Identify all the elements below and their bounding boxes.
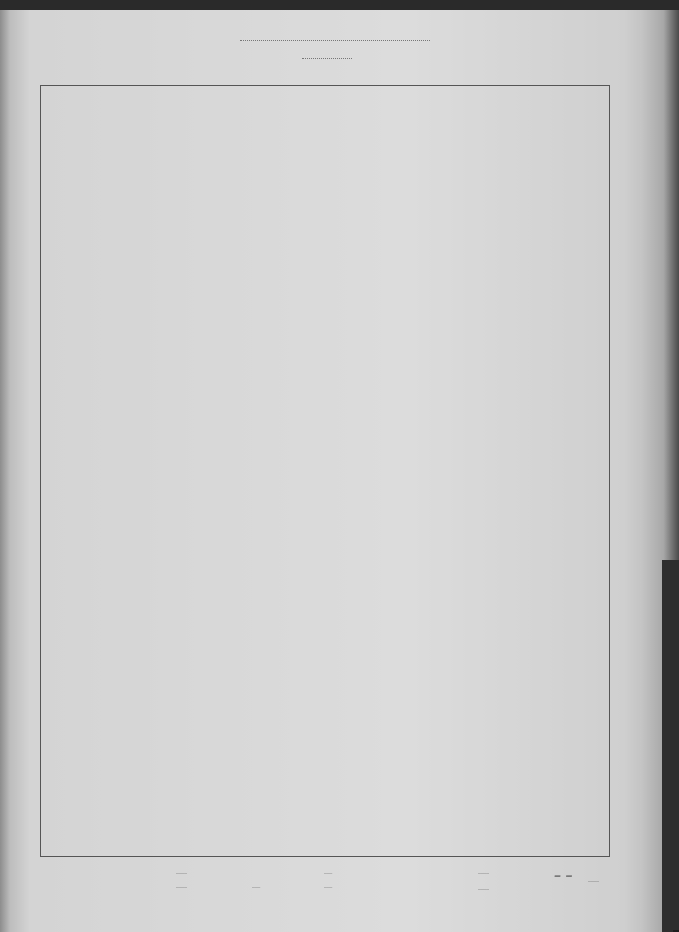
colored-males: ____ bbox=[176, 868, 187, 874]
census-page: ____ ____ ___ ___ ___ ____ ____ – – ____ bbox=[0, 0, 679, 932]
cannot-read-total: – – bbox=[554, 868, 572, 884]
inhabitants-blank bbox=[240, 40, 430, 41]
day-blank bbox=[302, 58, 352, 59]
colored-females: ____ bbox=[176, 882, 187, 888]
convicts: ____ bbox=[588, 876, 599, 882]
idiots: ____ bbox=[478, 868, 489, 874]
source-banner-bar bbox=[0, 0, 679, 10]
paupers: ____ bbox=[478, 884, 489, 890]
deaf-dumb: ___ bbox=[252, 882, 260, 888]
insane: ___ bbox=[324, 882, 332, 888]
blind: ___ bbox=[324, 868, 332, 874]
page-edge-dark bbox=[662, 560, 679, 932]
census-table bbox=[40, 85, 610, 857]
